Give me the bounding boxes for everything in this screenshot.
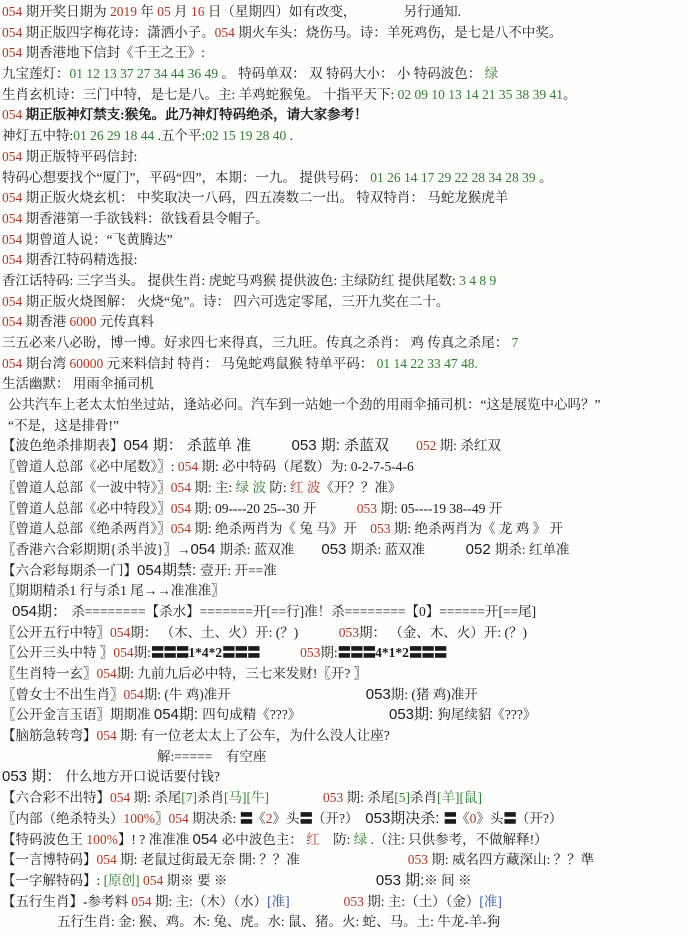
text-segment: 期香江特码精选报: [26, 252, 138, 267]
text-segment: 〗 [155, 811, 169, 826]
text-segment: 053 [366, 686, 391, 703]
text-segment: [羊][鼠] [437, 790, 482, 805]
text-segment: 《开？？准》 [320, 480, 401, 495]
text-segment: 《 [456, 811, 470, 826]
text-segment: 三五必来八必盼，博一博。好求四七来得真，三九旺。传真之杀肖： 鸡 传真之杀尾： [2, 335, 512, 350]
text-segment: 054期： [12, 603, 71, 620]
text-segment: 〖公开五行中特〗 [2, 625, 110, 640]
text-segment: （开?） [516, 811, 563, 826]
text-line: 〖内部（绝杀特头）100%〗054 期决杀: 〓《2》头〓（开?） 053期决杀… [2, 809, 688, 830]
text-line: 053 期： 什么地方开口说话要付钱? [2, 767, 688, 788]
text-segment: “不是，这是排骨!” [8, 418, 119, 433]
text-segment [227, 873, 376, 888]
text-segment: 054 [110, 625, 130, 640]
text-segment: 期杀: 蓝双准 [220, 542, 295, 557]
text-line: 三五必来八必盼，博一博。好求四七来得真，三九旺。传真之杀肖： 鸡 传真之杀尾： … [2, 333, 688, 354]
text-line: 〖曾道人总部《必中尾数》〗: 054 期: 必中特码（尾数）为: 0-2-7-5… [2, 457, 688, 478]
text-segment: 》头 [273, 811, 300, 826]
text-segment: 五行生肖: 金: 猴、鸡。木: 兔、虎。水: 鼠、猪。火: 蛇、马。土: 牛龙-… [57, 914, 500, 929]
text-segment: 日（星期四）如有改变， [208, 4, 350, 19]
text-segment: 〖香港六合彩期期{杀半波}〗→ [2, 542, 190, 557]
text-segment: 054 [2, 294, 26, 309]
text-line: 九宝莲灯：01 12 13 37 27 34 44 36 49 。 特码单双： … [2, 64, 688, 85]
text-segment: 。 特码单双： 双 特码大小： 小 特码波色： [218, 66, 485, 81]
text-line: 【五行生肖】-参考料 054 期: 主:（木）（水）[准] 053 期: 主:（… [2, 892, 688, 913]
text-segment: 〖曾道人总部《一波中特》〗 [2, 480, 171, 495]
text-line: 解:===== 有空座 [2, 747, 688, 768]
text-segment: 054 [110, 790, 134, 805]
text-segment: [马][牛] [224, 790, 269, 805]
text-segment: 053 期: 杀蓝双 [292, 437, 390, 454]
text-segment: 054 [171, 501, 195, 516]
text-segment: 〖公开三头中特 〗 [2, 645, 113, 660]
text-line: 054期： 杀========【杀水】=======开[==行]准！杀=====… [2, 602, 688, 623]
text-segment: 054 [215, 25, 239, 40]
text-line: 【脑筋急转弯】054 期: 有一位老太太上了公车，为什么没人让座? [2, 726, 688, 747]
text-segment: 月 [174, 4, 191, 19]
text-segment [231, 687, 366, 702]
text-segment: 期正版火烧图解： 火烧“兔”。诗： 四六可选定零尾，三开九奖在二十。 [26, 294, 450, 309]
text-segment: 期: 九前九后必中特，三七来发财!〖开? 〗 [117, 666, 368, 681]
text-segment: 053 [344, 894, 368, 909]
text-segment: ※ 间 ※ [424, 873, 471, 888]
text-line: 〖曾女士不出生肖〗054期: (牛 鸡)准开 053期: (猪 鸡)准开 [2, 685, 688, 706]
text-segment: 期正版四字梅花诗：潇洒小子。 [26, 25, 215, 40]
text-segment: 生肖玄机诗：三门中特，是七是八。主: 羊鸡蛇猴兔。 十指平天下: [2, 87, 398, 102]
text-segment: 054 [2, 4, 26, 19]
text-line: 054 期香江特码精选报: [2, 250, 688, 271]
text-segment: 〓〓〓 [222, 645, 260, 660]
text-segment: 054 [97, 728, 121, 743]
text-segment: 期: 主:（土）（金） [367, 894, 479, 909]
text-segment: 期正版火烧玄机： 中奖取决一八码，四五凑数二一出。 特双特肖： 马蛇龙猴虎羊 [26, 190, 509, 205]
text-segment: 期: (猪 鸡)准开 [391, 687, 478, 702]
text-segment: 壹开: 开==准 [200, 563, 276, 578]
text-segment: 054 [2, 190, 26, 205]
text-segment: 6000 [70, 314, 100, 329]
text-line: 054 期香港地下信封《千王之王》: [2, 43, 688, 64]
text-segment: 期曾道人说：“飞黄腾达” [26, 232, 173, 247]
text-segment: 期正版特平码信封: [26, 149, 138, 164]
text-segment: 053 [321, 541, 350, 558]
text-segment: .五个平: [154, 128, 205, 143]
text-segment: 九宝莲灯： [2, 66, 70, 81]
text-segment: 〖曾道人总部《绝杀两肖》〗 [2, 521, 171, 536]
text-segment: 100% [124, 811, 156, 826]
text-segment [357, 521, 371, 536]
text-segment: 另行通知. [350, 4, 461, 19]
text-segment: 052 [416, 438, 440, 453]
text-segment: 〖内部（绝杀特头） [2, 811, 124, 826]
text-segment: 期杀: 红单准 [495, 542, 570, 557]
text-line: 〖生肖特一玄〗054期: 九前九后必中特，三七来发财!〖开? 〗 [2, 664, 688, 685]
text-segment [300, 852, 408, 867]
text-segment: 绿 波 [236, 480, 266, 495]
text-segment: 元传真料 [100, 314, 154, 329]
text-segment: 防: [320, 832, 354, 847]
text-segment: 期: 老鼠过街最无奈 開: ？？准 [120, 852, 300, 867]
text-segment: 【六合彩不出特】 [2, 790, 110, 805]
text-line: “不是，这是排骨!” [2, 416, 688, 437]
text-segment: 【脑筋急转弯】 [2, 728, 97, 743]
text-segment: 054 [143, 873, 167, 888]
text-line: 生活幽默： 用雨伞捅司机 [2, 374, 688, 395]
text-line: 【六合彩每期杀一门】054期禁: 壹开: 开==准 [2, 561, 688, 582]
text-segment: 期香港地下信封《千王之王》: [26, 45, 205, 60]
text-segment: 期: [134, 645, 151, 660]
text-segment: 杀肖 [197, 790, 224, 805]
text-segment: 2 [266, 811, 273, 826]
text-segment: 期: 09----20 25--30 开 [194, 501, 316, 516]
text-line: 054 期香港第一手欲钱料：欲钱看县令帽子。 [2, 209, 688, 230]
text-line: 【一字解特码】: [原创] 054 期※ 要 ※ 053 期:※ 间 ※ [2, 871, 688, 892]
text-segment: 〖生肖特一玄〗 [2, 666, 97, 681]
text-segment: 期： （木、土、火）开: (？) [130, 625, 298, 640]
text-segment: 16 [191, 4, 208, 19]
text-segment: 】! ? 准准准 [118, 832, 193, 847]
lottery-tips-document: 054 期开奖日期为 2019 年 05 月 16 日（星期四）如有改变， 另行… [0, 0, 688, 933]
text-segment: 杀========【杀水】=======开[==行]准！杀========【0】… [71, 604, 536, 619]
text-line: 054 期开奖日期为 2019 年 05 月 16 日（星期四）如有改变， 另行… [2, 2, 688, 23]
text-segment: 期香港 [26, 314, 70, 329]
text-segment: 期: 威名四方藏深山: ？？準 [431, 852, 594, 867]
text-segment: 狗尾续貂《???》 [437, 707, 536, 722]
text-segment: 公共汽车上老太太怕坐过站，逢站必问。汽车到一站她一个劲的用雨伞捅司机：“这是展览… [8, 397, 600, 412]
text-segment: 053 [408, 852, 432, 867]
text-line: 五行生肖: 金: 猴、鸡。木: 兔、虎。水: 鼠、猪。火: 蛇、马。土: 牛龙-… [2, 912, 688, 933]
text-segment: 红 [306, 832, 320, 847]
text-segment: 02 15 19 28 40 [205, 128, 286, 143]
text-segment: 100% [86, 832, 118, 847]
text-segment: 期※ 要 ※ [167, 873, 228, 888]
text-segment: 期正版神灯禁支:猴兔。此乃神灯特码绝杀，请大家参考！ [26, 107, 368, 122]
text-segment: 〓 [300, 811, 313, 826]
text-segment: 绿 [485, 66, 499, 81]
text-segment: .（注: 只供参考，不做解释!） [367, 832, 547, 847]
text-segment: 053期决杀: [365, 810, 443, 827]
text-line: 【特码波色王 100%】! ? 准准准 054 必中波色主： 红 防: 绿 .（… [2, 830, 688, 851]
text-segment [389, 438, 416, 453]
text-segment: 01 26 29 18 44 [73, 128, 154, 143]
text-segment: 054期禁: [137, 562, 200, 579]
text-segment: 年 [140, 4, 157, 19]
text-line: 【六合彩不出特】054 期: 杀尾[7]杀肖[马][牛] 053 期: 杀尾[5… [2, 788, 688, 809]
text-line: 公共汽车上老太太怕坐过站，逢站必问。汽车到一站她一个劲的用雨伞捅司机：“这是展览… [2, 395, 688, 416]
text-segment: 【波色绝杀排期表】 [2, 438, 124, 453]
text-segment: [准] [267, 894, 290, 909]
text-segment: 【五行生肖】-参考料 [2, 894, 131, 909]
text-segment: 〓 [503, 811, 516, 826]
text-segment: 〓〓〓 [409, 645, 447, 660]
text-line: 054 期香港 6000 元传真料 [2, 312, 688, 333]
text-segment: 05 [157, 4, 174, 19]
text-segment: 054 [193, 831, 222, 848]
text-line: 054 期正版四字梅花诗：潇洒小子。054 期火车头：烧伤马。诗：羊死鸡伤，是七… [2, 23, 688, 44]
text-line: 【波色绝杀排期表】054 期： 杀蓝单 准 053 期: 杀蓝双 052 期: … [2, 436, 688, 457]
text-segment: 期台湾 [26, 356, 70, 371]
text-segment: 054 [178, 459, 202, 474]
text-segment: [准] [479, 894, 502, 909]
text-segment: 生活幽默： 用雨伞捅司机 [2, 376, 154, 391]
text-segment: 053 [339, 625, 359, 640]
text-segment: 053 期： [2, 768, 65, 785]
text-segment: 期: 主: [194, 480, 235, 495]
text-segment: 02 09 10 13 14 21 35 38 39 41 [398, 87, 563, 102]
text-segment: 60000 [70, 356, 107, 371]
text-segment: 054期: [154, 706, 202, 723]
text-segment: 053 [323, 790, 347, 805]
text-segment: 【特码波色王 [2, 832, 86, 847]
text-segment: 红 波 [290, 480, 320, 495]
text-segment: 〖曾女士不出生肖〗 [2, 687, 124, 702]
text-segment: 期: 必中特码（尾数）为: 0-2-7-5-4-6 [202, 459, 414, 474]
text-segment: 〓 [240, 811, 253, 826]
text-segment: 053 [357, 501, 381, 516]
text-segment: 【一言博特码】 [2, 852, 97, 867]
text-segment: 香江话特码: 三字当头。 提供生肖: 虎蛇马鸡猴 提供波色: 主绿防红 提供尾数… [2, 273, 459, 288]
text-segment: 期香港第一手欲钱料：欲钱看县令帽子。 [26, 211, 269, 226]
text-segment: 期杀: 蓝双准 [351, 542, 426, 557]
text-segment: 054 [171, 521, 195, 536]
text-segment: 01 26 14 17 29 22 28 34 28 39 [370, 170, 535, 185]
text-segment: 四句成精《???》 [202, 707, 294, 722]
text-line: 054 期台湾 60000 元来料信封 特肖： 马兔蛇鸡鼠猴 特单平码： 01 … [2, 354, 688, 375]
text-segment [269, 790, 323, 805]
text-segment: 〓 [444, 811, 457, 826]
text-segment: 期: [320, 645, 337, 660]
text-segment: 期火车头：烧伤马。诗：羊死鸡伤，是七是八不中奖。 [238, 25, 562, 40]
text-segment: 054 [2, 314, 26, 329]
text-segment: 必中波色主： [222, 832, 306, 847]
text-line: 【一言博特码】054 期: 老鼠过街最无奈 開: ？？准 053 期: 威名四方… [2, 850, 688, 871]
text-segment: 解:===== 有空座 [157, 749, 266, 764]
text-segment: 054 [190, 541, 219, 558]
text-line: 神灯五中特:01 26 29 18 44 .五个平:02 15 19 28 40… [2, 126, 688, 147]
text-line: 〖公开金言玉语〗期期准 054期: 四句成精《???》 053期: 狗尾续貂《?… [2, 705, 688, 726]
text-segment: 期: 有一位老太太上了公车，为什么没人让座? [120, 728, 390, 743]
text-segment: 什么地方开口说话要付钱? [65, 769, 220, 784]
text-segment: 053 [300, 645, 320, 660]
text-segment: 。 [563, 87, 577, 102]
text-segment: 054 期： 杀蓝单 准 [124, 437, 252, 454]
text-line: 〖曾道人总部《绝杀两肖》〗054 期: 绝杀两肖为《 兔 马》开 053 期: … [2, 519, 688, 540]
text-segment: 054 [2, 252, 26, 267]
text-line: 生肖玄机诗：三门中特，是七是八。主: 羊鸡蛇猴兔。 十指平天下: 02 09 1… [2, 85, 688, 106]
text-segment [298, 625, 339, 640]
text-segment [260, 645, 301, 660]
text-segment: 054 [97, 666, 117, 681]
text-segment: 期： （金、木、火）开: (？) [359, 625, 527, 640]
text-segment: 〓〓〓 [338, 645, 376, 660]
text-segment: 《 [252, 811, 266, 826]
text-line: 〖曾道人总部《一波中特》〗054 期: 主: 绿 波 防: 红 波《开？？准》 [2, 478, 688, 499]
text-segment: 期开奖日期为 [26, 4, 110, 19]
text-segment: 054 [2, 211, 26, 226]
text-segment: 1*4*2 [188, 645, 222, 660]
text-segment: （开?） [312, 811, 352, 826]
text-segment: 054 [2, 232, 26, 247]
text-segment: 054 [2, 107, 26, 122]
text-segment: 期: 杀尾 [134, 790, 182, 805]
text-line: 香江话特码: 三字当头。 提供生肖: 虎蛇马鸡猴 提供波色: 主绿防红 提供尾数… [2, 271, 688, 292]
text-segment: 054 [124, 687, 144, 702]
text-segment: 054 [131, 894, 155, 909]
text-line: 〖公开五行中特〗054期： （木、土、火）开: (？) 053期： （金、木、火… [2, 623, 688, 644]
text-segment: 053期: [389, 706, 437, 723]
text-segment: 054 [2, 45, 26, 60]
text-segment: 期: (牛 鸡)准开 [144, 687, 231, 702]
text-segment: 4*1*2 [375, 645, 409, 660]
text-segment [290, 894, 344, 909]
text-segment: 〖曾道人总部《必中特段》〗 [2, 501, 171, 516]
text-segment: 054 [171, 480, 195, 495]
text-line: 〖曾道人总部《必中特段》〗054 期: 09----20 25--30 开 05… [2, 499, 688, 520]
text-segment: 期: 主:（木）（水） [155, 894, 267, 909]
text-segment: 【六合彩每期杀一门】 [2, 563, 137, 578]
text-segment: 杀肖 [410, 790, 437, 805]
text-segment: 防: [266, 480, 290, 495]
text-segment [425, 542, 466, 557]
text-segment: 【一字解特码】: [2, 873, 104, 888]
text-segment: 053 [370, 521, 394, 536]
text-segment: 01 12 13 37 27 34 44 36 49 [70, 66, 219, 81]
text-segment: 01 14 22 33 47 48. [377, 356, 478, 371]
text-line: 〖香港六合彩期期{杀半波}〗→054 期杀: 蓝双准 053 期杀: 蓝双准 0… [2, 540, 688, 561]
text-line: 特码心想要找个“厦门”，平码“四”，本期：一九。 提供号码： 01 26 14 … [2, 168, 688, 189]
text-segment: 054 [2, 149, 26, 164]
text-segment: 期决杀: [192, 811, 240, 826]
text-segment: 期: 杀红双 [440, 438, 501, 453]
text-segment: 绿 [354, 832, 368, 847]
text-line: 054 期正版神灯禁支:猴兔。此乃神灯特码绝杀，请大家参考！ [2, 105, 688, 126]
text-segment: 054 [169, 811, 193, 826]
text-segment: 》头 [476, 811, 503, 826]
text-segment: 052 [466, 541, 495, 558]
text-segment: 〖期期精杀1 行与杀1 尾→→准准准〗 [2, 583, 225, 598]
text-segment: 3 4 8 9 [459, 273, 496, 288]
text-segment: 7 [512, 335, 519, 350]
text-segment: 054 [2, 25, 26, 40]
text-segment: 期: 05----19 38--49 开 [380, 501, 502, 516]
text-segment: 神灯五中特: [2, 128, 73, 143]
text-segment: 〓〓〓 [151, 645, 189, 660]
text-segment: 054 [97, 852, 121, 867]
text-segment: 054 [113, 645, 133, 660]
text-segment: 〖公开金言玉语〗期期准 [2, 707, 154, 722]
text-segment: [5] [394, 790, 410, 805]
text-segment [251, 438, 292, 453]
text-segment: 期: 杀尾 [347, 790, 395, 805]
text-segment: [原创] [104, 873, 143, 888]
text-segment: 053 期: [376, 872, 424, 889]
text-segment [294, 707, 389, 722]
text-segment: 期: 绝杀两肖为《 兔 马》开 [194, 521, 356, 536]
text-line: 054 期正版特平码信封: [2, 147, 688, 168]
text-segment: 054 [2, 356, 26, 371]
text-segment [294, 542, 321, 557]
text-segment: [7] [181, 790, 197, 805]
text-segment [352, 811, 366, 826]
text-segment [316, 501, 357, 516]
text-segment: . [286, 128, 293, 143]
text-line: 054 期正版火烧图解： 火烧“兔”。诗： 四六可选定零尾，三开九奖在二十。 [2, 292, 688, 313]
text-segment: 元来料信封 特肖： 马兔蛇鸡鼠猴 特单平码： [107, 356, 377, 371]
text-segment: 2019 [110, 4, 140, 19]
text-line: 054 期正版火烧玄机： 中奖取决一八码，四五凑数二一出。 特双特肖： 马蛇龙猴… [2, 188, 688, 209]
text-line: 〖期期精杀1 行与杀1 尾→→准准准〗 [2, 581, 688, 602]
text-segment: 特码心想要找个“厦门”，平码“四”，本期：一九。 提供号码： [2, 170, 370, 185]
text-segment: 期: 绝杀两肖为《 龙 鸡 》 开 [394, 521, 563, 536]
text-line: 054 期曾道人说：“飞黄腾达” [2, 230, 688, 251]
text-segment: 。 [536, 170, 553, 185]
text-segment: 〖曾道人总部《必中尾数》〗: [2, 459, 178, 474]
text-line: 〖公开三头中特 〗054期:〓〓〓1*4*2〓〓〓 053期:〓〓〓4*1*2〓… [2, 643, 688, 664]
